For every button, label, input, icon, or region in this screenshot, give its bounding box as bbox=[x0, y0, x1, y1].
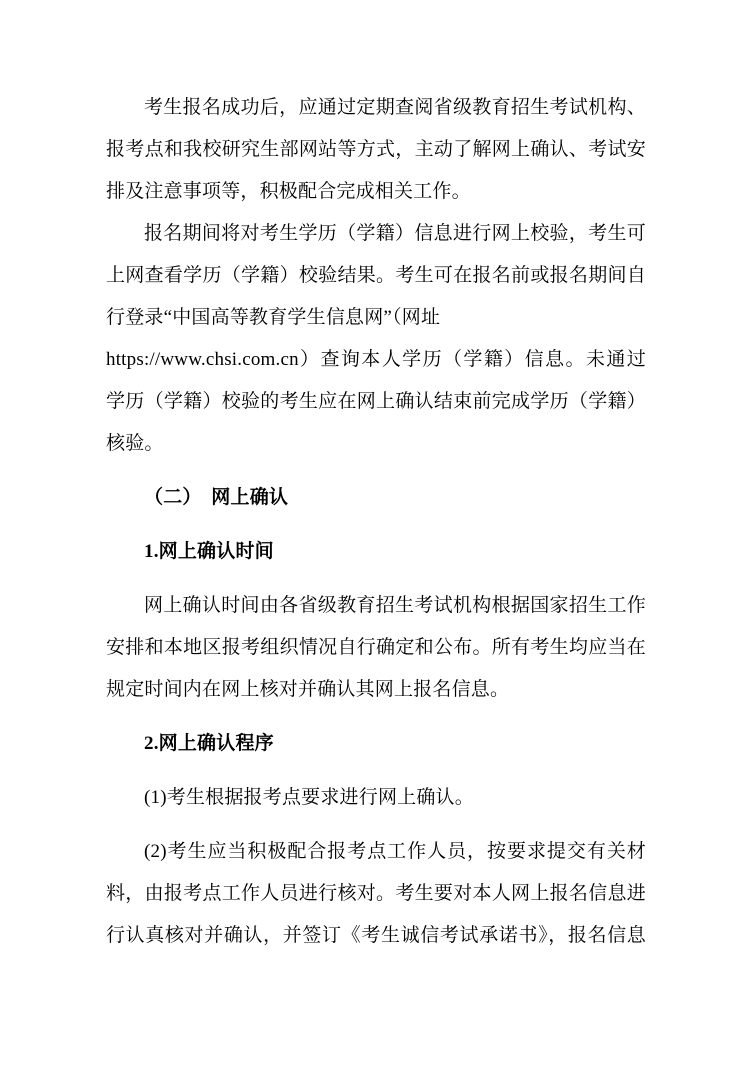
paragraph-registration-success: 考生报名成功后，应通过定期查阅省级教育招生考试机构、报考点和我校研究生部网站等方… bbox=[106, 87, 646, 213]
text-line: 学历（学籍）校验的考生应在网上确认结束前完成学历（学籍） bbox=[106, 381, 646, 423]
text-line: 行登录“中国高等教育学生信息网”（网址 bbox=[106, 297, 646, 339]
text-line: 考生报名成功后，应通过定期查阅省级教育招生考试机构、 bbox=[106, 87, 646, 129]
text-line: 1.网上确认时间 bbox=[106, 531, 646, 573]
text-line: 规定时间内在网上核对并确认其网上报名信息。 bbox=[106, 669, 646, 711]
text-line: https://www.chsi.com.cn）查询本人学历（学籍）信息。未通过 bbox=[106, 339, 646, 381]
text-line: 2.网上确认程序 bbox=[106, 723, 646, 765]
item-procedure-2: (2)考生应当积极配合报考点工作人员，按要求提交有关材料，由报考点工作人员进行核… bbox=[106, 831, 646, 957]
text-line: 报名期间将对考生学历（学籍）信息进行网上校验，考生可 bbox=[106, 213, 646, 255]
text-line: (1)考生根据报考点要求进行网上确认。 bbox=[106, 777, 646, 819]
text-line: 安排和本地区报考组织情况自行确定和公布。所有考生均应当在 bbox=[106, 627, 646, 669]
text-line: 网上确认时间由各省级教育招生考试机构根据国家招生工作 bbox=[106, 585, 646, 627]
text-line: （二） 网上确认 bbox=[106, 477, 646, 519]
document-page: 考生报名成功后，应通过定期查阅省级教育招生考试机构、报考点和我校研究生部网站等方… bbox=[0, 0, 756, 1072]
text-line: 料，由报考点工作人员进行核对。考生要对本人网上报名信息进 bbox=[106, 873, 646, 915]
heading-section-2-online-confirmation: （二） 网上确认 bbox=[106, 477, 646, 519]
paragraph-confirmation-time-detail: 网上确认时间由各省级教育招生考试机构根据国家招生工作安排和本地区报考组织情况自行… bbox=[106, 585, 646, 711]
text-line: (2)考生应当积极配合报考点工作人员，按要求提交有关材 bbox=[106, 831, 646, 873]
text-line: 报考点和我校研究生部网站等方式，主动了解网上确认、考试安 bbox=[106, 129, 646, 171]
paragraph-xueli-check: 报名期间将对考生学历（学籍）信息进行网上校验，考生可上网查看学历（学籍）校验结果… bbox=[106, 213, 646, 465]
text-line: 行认真核对并确认，并签订《考生诚信考试承诺书》，报名信息 bbox=[106, 915, 646, 957]
text-line: 核验。 bbox=[106, 423, 646, 465]
item-procedure-1: (1)考生根据报考点要求进行网上确认。 bbox=[106, 777, 646, 819]
document-body: 考生报名成功后，应通过定期查阅省级教育招生考试机构、报考点和我校研究生部网站等方… bbox=[106, 87, 646, 957]
text-line: 排及注意事项等，积极配合完成相关工作。 bbox=[106, 171, 646, 213]
heading-2-2-confirmation-procedure: 2.网上确认程序 bbox=[106, 723, 646, 765]
text-line: 上网查看学历（学籍）校验结果。考生可在报名前或报名期间自 bbox=[106, 255, 646, 297]
heading-2-1-confirmation-time: 1.网上确认时间 bbox=[106, 531, 646, 573]
